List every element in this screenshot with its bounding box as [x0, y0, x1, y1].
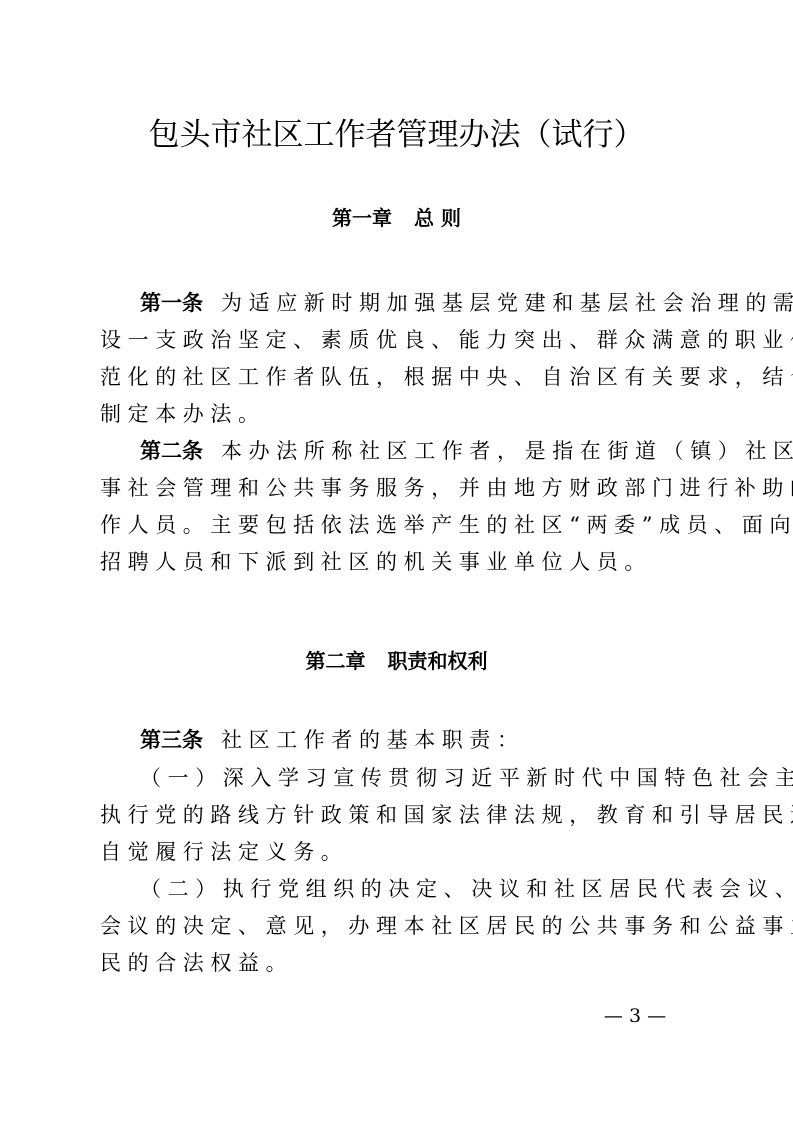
paragraph-line: 招聘人员和下派到社区的机关事业单位人员。 [100, 544, 696, 581]
paragraph-line: 范化的社区工作者队伍，根据中央、自治区有关要求，结合我市实际， [100, 359, 696, 396]
paragraph-line: 自觉履行法定义务。 [100, 834, 696, 871]
article-text: 社区工作者的基本职责： [221, 728, 525, 752]
article-2: 第二条本办法所称社区工作者，是指在街道（镇）社区专门从 事社会管理和公共事务服务… [100, 433, 696, 581]
chapter-name: 职责和权利 [388, 649, 488, 673]
paragraph-line: 设一支政治坚定、素质优良、能力突出、群众满意的职业化专业化规 [100, 322, 696, 359]
article-3-item-2: （二）执行党组织的决定、决议和社区居民代表会议、社区居民 会议的决定、意见，办理… [100, 871, 696, 982]
chapter-number: 第一章 [332, 206, 392, 230]
page-number: — 3 — [600, 1003, 670, 1029]
paragraph-line: （二）执行党组织的决定、决议和社区居民代表会议、社区居民 [100, 871, 696, 908]
paragraph-line: 民的合法权益。 [100, 945, 696, 982]
document-page: 包头市社区工作者管理办法（试行） 第一章总 则 第一条为适应新时期加强基层党建和… [0, 0, 793, 1122]
paragraph-line: 第一条为适应新时期加强基层党建和基层社会治理的需要，建 [100, 285, 696, 322]
article-text: 为适应新时期加强基层党建和基层社会治理的需要，建 [221, 291, 793, 315]
chapter-number: 第二章 [306, 649, 366, 673]
chapter-name: 总 则 [414, 206, 461, 230]
article-text: 本办法所称社区工作者，是指在街道（镇）社区专门从 [221, 439, 793, 463]
paragraph-line: 制定本办法。 [100, 396, 696, 433]
article-label: 第三条 [140, 728, 203, 752]
chapter-heading-2: 第二章职责和权利 [0, 647, 793, 675]
paragraph-line: 执行党的路线方针政策和国家法律法规，教育和引导居民遵纪守法， [100, 797, 696, 834]
paragraph-line: 会议的决定、意见，办理本社区居民的公共事务和公益事业，维护居 [100, 908, 696, 945]
article-1: 第一条为适应新时期加强基层党建和基层社会治理的需要，建 设一支政治坚定、素质优良… [100, 285, 696, 433]
paragraph-line: 第二条本办法所称社区工作者，是指在街道（镇）社区专门从 [100, 433, 696, 470]
paragraph-line: 第三条社区工作者的基本职责： [100, 722, 696, 759]
document-title: 包头市社区工作者管理办法（试行） [0, 114, 793, 156]
article-3-item-1: （一）深入学习宣传贯彻习近平新时代中国特色社会主义思想， 执行党的路线方针政策和… [100, 760, 696, 871]
chapter-heading-1: 第一章总 则 [0, 204, 793, 232]
article-label: 第一条 [140, 291, 203, 315]
paragraph-line: 事社会管理和公共事务服务，并由地方财政部门进行补助的全日制工 [100, 470, 696, 507]
article-label: 第二条 [140, 439, 203, 463]
paragraph-line: （一）深入学习宣传贯彻习近平新时代中国特色社会主义思想， [100, 760, 696, 797]
article-3: 第三条社区工作者的基本职责： [100, 722, 696, 759]
paragraph-line: 作人员。主要包括依法选举产生的社区“两委”成员、面向社会公开 [100, 507, 696, 544]
